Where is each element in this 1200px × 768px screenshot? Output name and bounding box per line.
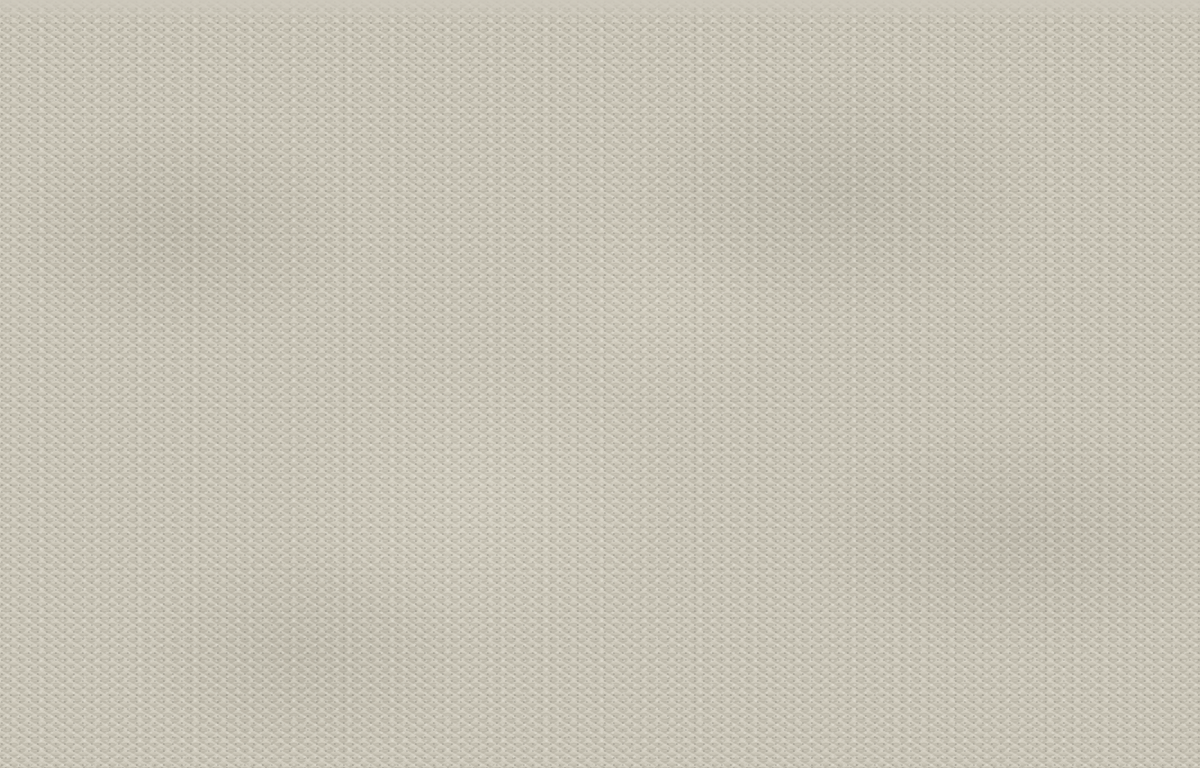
rug-texture-photo xyxy=(0,0,1200,768)
rug-fiber-speckle xyxy=(0,0,1200,768)
rug-top-edge xyxy=(0,0,1200,22)
